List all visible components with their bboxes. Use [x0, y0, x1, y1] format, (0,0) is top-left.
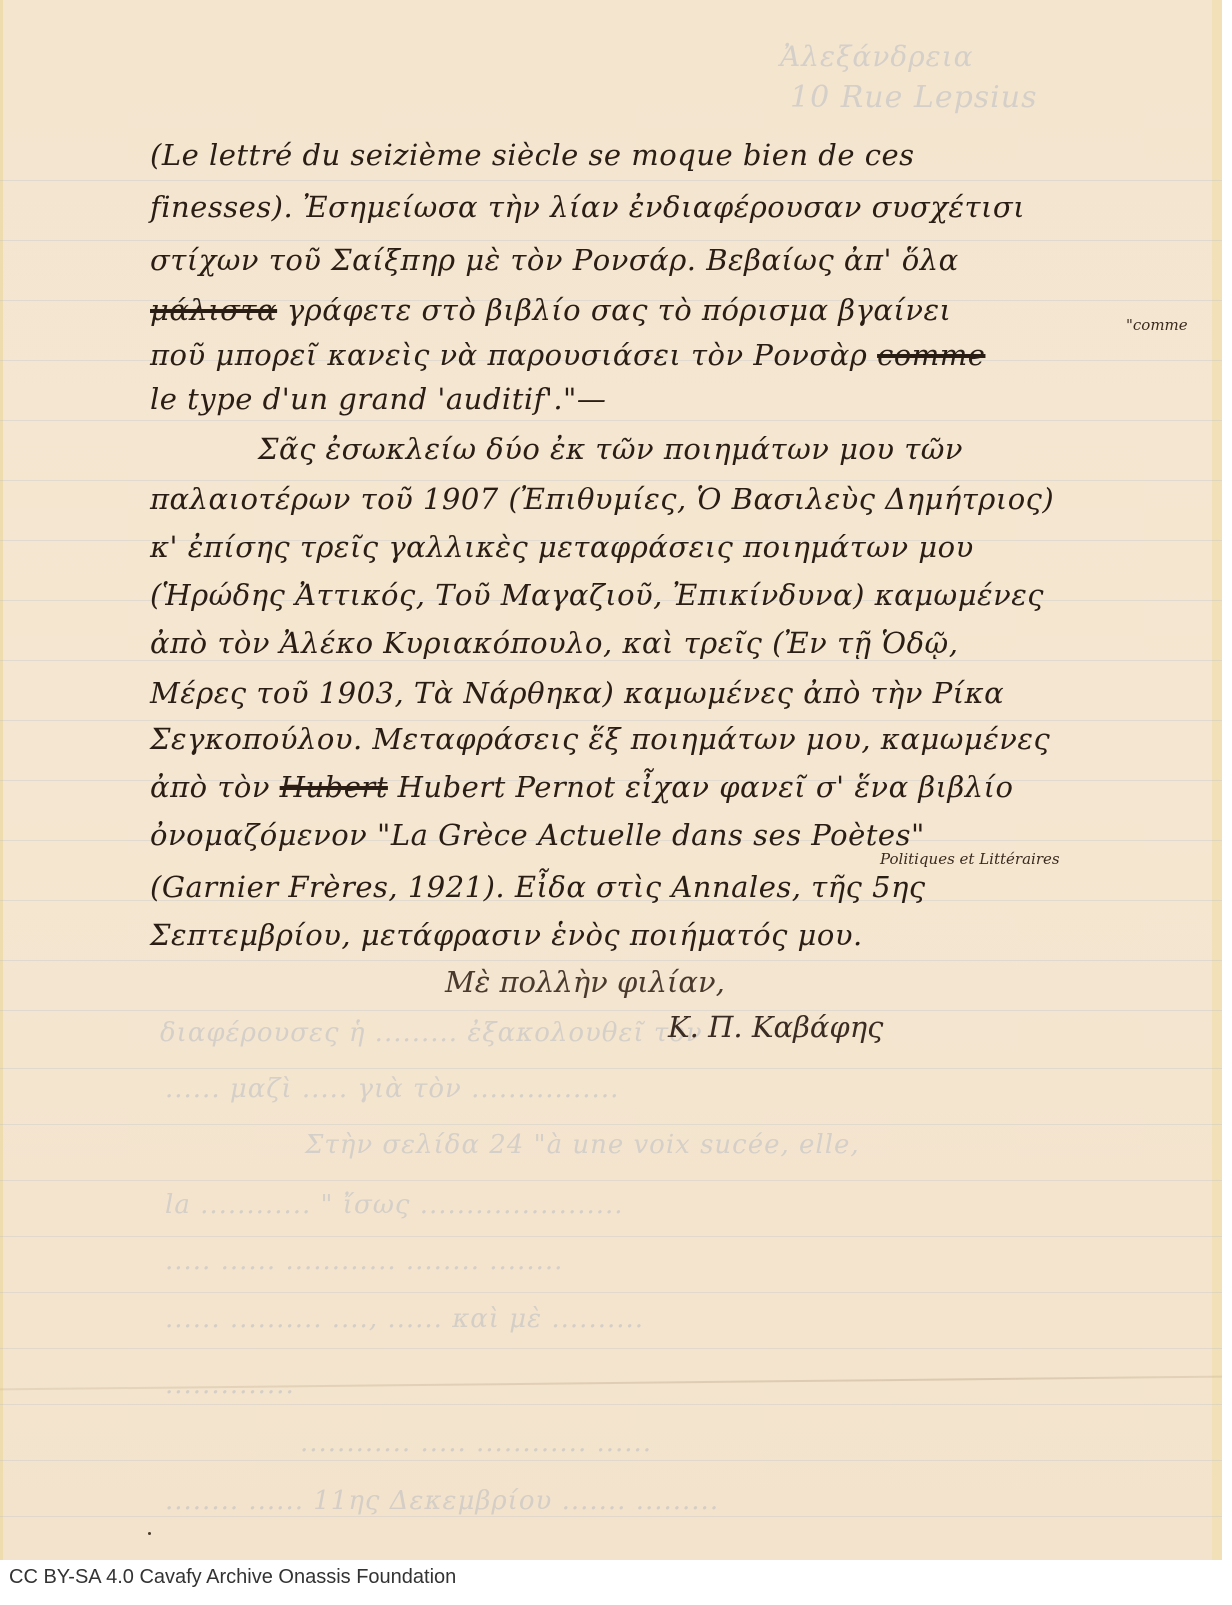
- bleed-through-text: ........ ...... 11ης Δεκεμβρίου ....... …: [165, 1486, 719, 1516]
- letter-line-text: ἀπὸ τὸν: [150, 770, 270, 804]
- copyright-credit: CC BY-SA 4.0 Cavafy Archive Onassis Foun…: [9, 1566, 456, 1589]
- ruled-line: [0, 480, 1222, 481]
- letter-line: le type d'un grand 'auditif'."—: [150, 382, 606, 416]
- letter-line: Σεγκοπούλου. Μεταφράσεις ἕξ ποιημάτων μο…: [150, 722, 1050, 756]
- ruled-line: [0, 1180, 1222, 1181]
- bleed-through-text: la ............ " ἴσως .................…: [165, 1190, 624, 1220]
- bleed-through-text: ...... .......... ...., ...... καὶ μὲ ..…: [165, 1304, 644, 1334]
- letter-line: Σᾶς ἐσωκλείω δύο ἐκ τῶν ποιημάτων μου τῶ…: [258, 432, 963, 466]
- bleed-through-text: Στὴν σελίδα 24 "à une voix sucée, elle,: [305, 1130, 860, 1160]
- struck-word: comme: [877, 338, 985, 372]
- letter-line: μάλιστα γράφετε στὸ βιβλίο σας τὸ πόρισμ…: [150, 293, 951, 327]
- ruled-line: [0, 1236, 1222, 1237]
- letter-line: παλαιοτέρων τοῦ 1907 (Ἐπιθυμίες, Ὁ Βασιλ…: [150, 482, 1054, 516]
- ink-speck: [148, 1532, 151, 1535]
- interlinear-note: "comme: [1126, 316, 1188, 334]
- letter-line: ἀπὸ τὸν Ἀλέκο Κυριακόπουλο, καὶ τρεῖς (Ἐ…: [150, 626, 958, 660]
- letter-line: ὀνομαζόμενον "La Grèce Actuelle dans ses…: [150, 818, 925, 852]
- ruled-line: [0, 240, 1222, 241]
- ruled-line: [0, 1292, 1222, 1293]
- ruled-line: [0, 420, 1222, 421]
- ruled-line: [0, 1460, 1222, 1461]
- letter-line: κ' ἐπίσης τρεῖς γαλλικὲς μεταφράσεις ποι…: [150, 530, 974, 564]
- ruled-line: [0, 180, 1222, 181]
- ruled-line: [0, 1516, 1222, 1517]
- ruled-line: [0, 960, 1222, 961]
- letter-line: (Garnier Frères, 1921). Εἶδα στὶς Annale…: [150, 870, 926, 904]
- letter-line: finesses). Ἐσημείωσα τὴν λίαν ἐνδιαφέρου…: [150, 190, 1025, 224]
- letter-line: (Ἡρώδης Ἀττικός, Τοῦ Μαγαζιοῦ, Ἐπικίνδυν…: [150, 578, 1044, 612]
- letter-line: Μέρες τοῦ 1903, Τὰ Νάρθηκα) καμωμένες ἀπ…: [150, 676, 1004, 710]
- ruled-line: [0, 1404, 1222, 1405]
- bleed-through-text: ...... μαζὶ ..... γιὰ τὸν ..............…: [165, 1074, 619, 1104]
- ruled-line: [0, 1348, 1222, 1349]
- letter-line-text: Hubert Pernot εἶχαν φανεῖ σ' ἕνα βιβλίο: [398, 770, 1014, 804]
- signature: Κ. Π. Καβάφης: [668, 1010, 883, 1044]
- bleed-through-text: ..............: [165, 1370, 295, 1400]
- letter-line: στίχων τοῦ Σαίξπηρ μὲ τὸν Ρονσάρ. Βεβαίω…: [150, 243, 959, 277]
- letter-line: ἀπὸ τὸν Hubert Hubert Pernot εἶχαν φανεῖ…: [150, 770, 1013, 804]
- letter-line: (Le lettré du seizième siècle se moque b…: [150, 138, 915, 172]
- bleed-through-text: ............ ..... ............ ......: [300, 1428, 652, 1458]
- bleed-through-text: Ἀλεξάνδρεια: [780, 40, 974, 73]
- bleed-through-text: 10 Rue Lepsius: [790, 80, 1038, 115]
- ruled-line: [0, 1068, 1222, 1069]
- bleed-through-text: ..... ...... ............ ........ .....…: [165, 1246, 563, 1276]
- ruled-line: [0, 720, 1222, 721]
- ruled-line: [0, 1010, 1222, 1011]
- interlinear-note: Politiques et Littéraires: [880, 850, 1060, 868]
- ruled-line: [0, 660, 1222, 661]
- letter-line: ποῦ μπορεῖ κανεὶς νὰ παρουσιάσει τὸν Ρον…: [150, 338, 985, 372]
- letter-page: Ἀλεξάνδρεια 10 Rue Lepsius διαφέρουσες ἡ…: [0, 0, 1222, 1560]
- letter-line-text: γράφετε στὸ βιβλίο σας τὸ πόρισμα βγαίνε…: [287, 293, 952, 327]
- struck-word: μάλιστα: [150, 293, 277, 327]
- bleed-through-text: διαφέρουσες ἡ ......... ἐξακολουθεῖ τὸν: [160, 1018, 703, 1048]
- closing-salutation: Μὲ πολλὴν φιλίαν,: [445, 965, 725, 999]
- letter-line: Σεπτεμβρίου, μετάφρασιν ἑνὸς ποιήματός μ…: [150, 918, 863, 952]
- letter-line-text: ποῦ μπορεῖ κανεὶς νὰ παρουσιάσει τὸν Ρον…: [150, 338, 867, 372]
- struck-word: Hubert: [280, 770, 388, 804]
- ruled-line: [0, 1124, 1222, 1125]
